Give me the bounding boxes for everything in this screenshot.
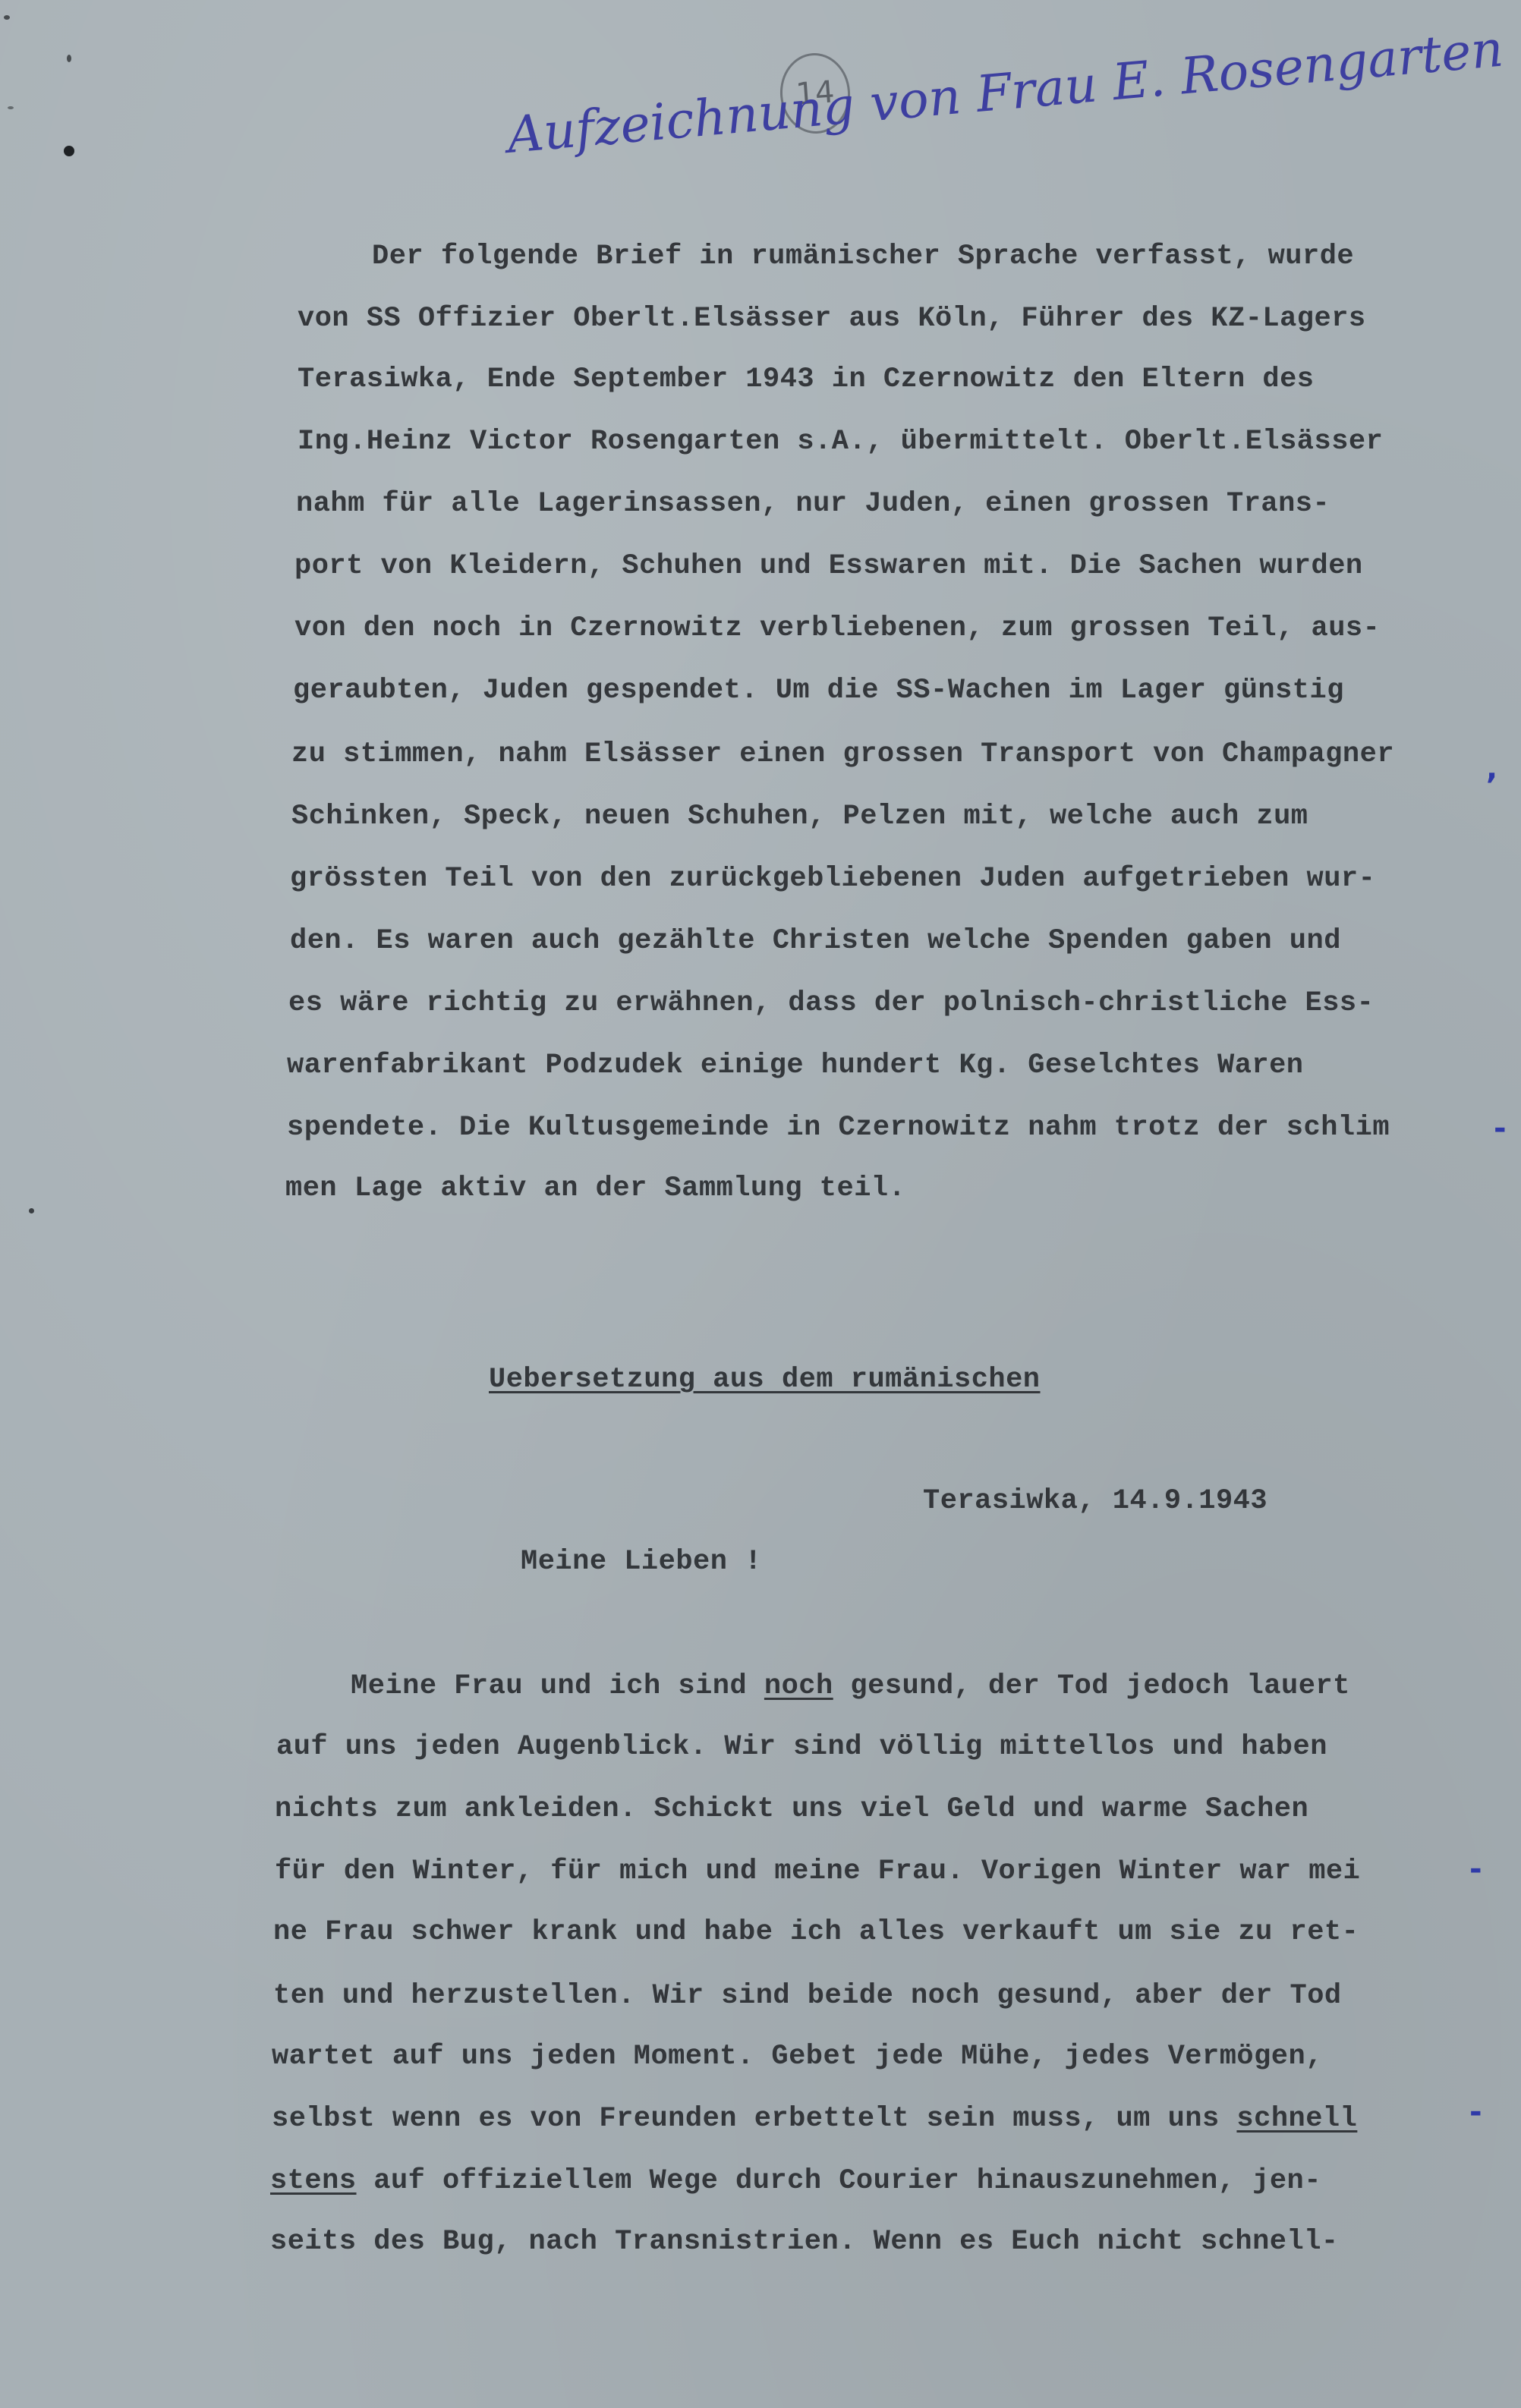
margin-speck [8,106,14,109]
text-line: zu stimmen, nahm Elsässer einen grossen … [291,738,1394,771]
ink-hyphen-mark: - [1494,1111,1507,1146]
text-line: ten und herzustellen. Wir sind beide noc… [273,1979,1342,2013]
section-heading: Uebersetzung aus dem rumänischen [489,1363,1041,1396]
text-line: stens auf offiziellem Wege durch Courier… [270,2164,1321,2198]
text-line: geraubten, Juden gespendet. Um die SS-Wa… [293,674,1344,707]
text-line: von SS Offizier Oberlt.Elsässer aus Köln… [298,302,1366,335]
text-line: für den Winter, für mich und meine Frau.… [275,1855,1360,1888]
underlined-word: schnell [1236,2103,1357,2135]
text-line: warenfabrikant Podzudek einige hundert K… [287,1049,1304,1082]
margin-speck [67,55,71,62]
text-line: Meine Frau und ich sind noch gesund, der… [351,1670,1350,1703]
margin-speck [29,1208,34,1213]
margin-speck [64,146,74,156]
ink-comma-mark: , [1486,751,1497,786]
handwritten-title: Aufzeichnung von Frau E. Rosengarten [505,20,1505,165]
text-line: Schinken, Speck, neuen Schuhen, Pelzen m… [291,800,1308,833]
text-line: grössten Teil von den zurückgebliebenen … [290,862,1375,896]
text-line: spendete. Die Kultusgemeinde in Czernowi… [287,1111,1390,1144]
text-line: Ing.Heinz Victor Rosengarten s.A., überm… [298,425,1383,458]
text-line: selbst wenn es von Freunden erbettelt se… [272,2102,1357,2136]
ink-hyphen-mark: - [1469,2095,1482,2129]
margin-speck [4,15,10,20]
text-line: nichts zum ankleiden. Schickt uns viel G… [275,1793,1308,1826]
text-line: Der folgende Brief in rumänischer Sprach… [372,240,1354,273]
text-line: Terasiwka, Ende September 1943 in Czerno… [298,363,1315,396]
text-line: nahm für alle Lagerinsassen, nur Juden, … [296,487,1330,521]
text-line: men Lage aktiv an der Sammlung teil. [285,1172,905,1205]
text-line: den. Es waren auch gezählte Christen wel… [290,924,1341,958]
text-line: ne Frau schwer krank und habe ich alles … [273,1915,1359,1949]
underlined-word: stens [270,2165,357,2197]
text-line: port von Kleidern, Schuhen und Esswaren … [294,549,1363,583]
text-line: wartet auf uns jeden Moment. Gebet jede … [272,2040,1323,2073]
text-line: von den noch in Czernowitz verbliebenen,… [294,612,1380,645]
text-line: auf uns jeden Augenblick. Wir sind völli… [276,1730,1327,1764]
letter-place-date: Terasiwka, 14.9.1943 [923,1484,1267,1518]
underlined-word: noch [764,1670,833,1702]
text-line: seits des Bug, nach Transnistrien. Wenn … [270,2225,1339,2258]
document-page: 14 Aufzeichnung von Frau E. Rosengarten … [0,0,1521,2408]
letter-salutation: Meine Lieben ! [521,1545,762,1579]
ink-hyphen-mark: - [1469,1852,1482,1887]
text-line: es wäre richtig zu erwähnen, dass der po… [288,987,1374,1020]
